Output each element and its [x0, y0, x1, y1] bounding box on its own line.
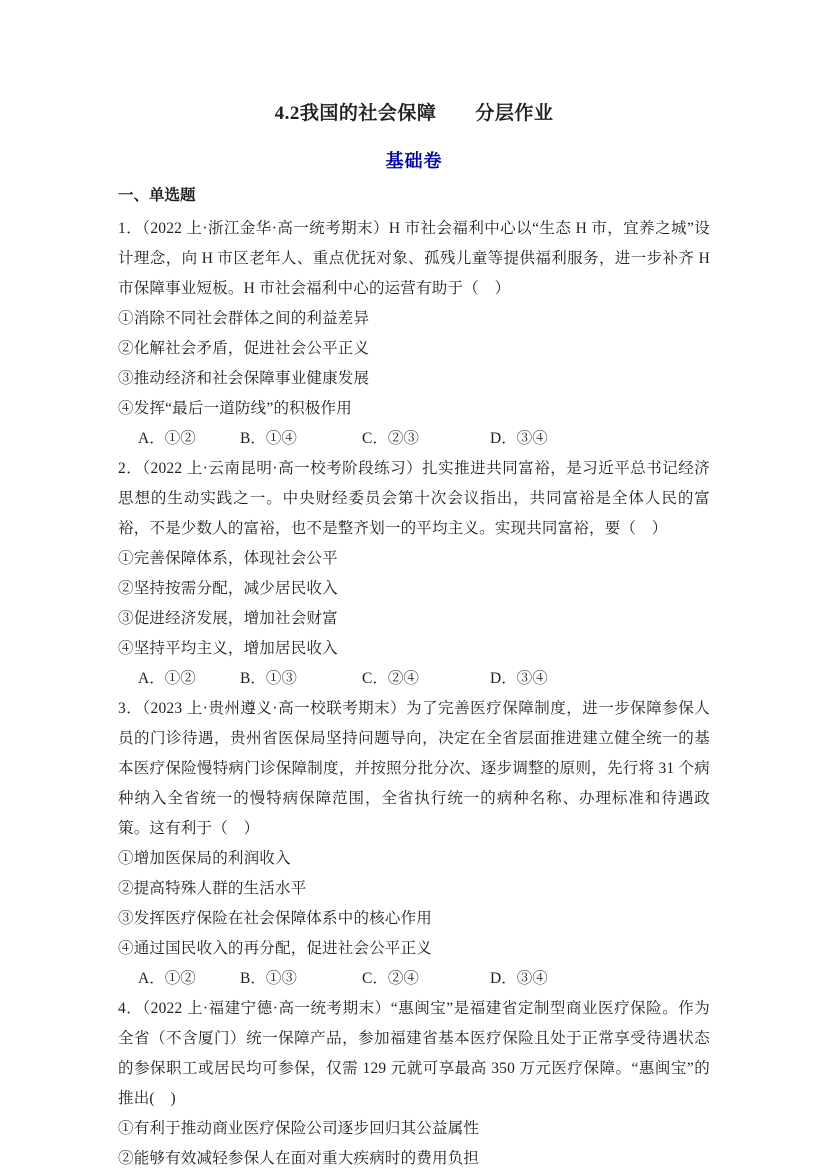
question-3-choice-row: A．①②B．①③C．②④D．③④	[118, 964, 710, 994]
worksheet-page: 4.2我国的社会保障 分层作业 基础卷 一、单选题 1．（2022 上·浙江金华…	[0, 0, 827, 1169]
question-1-choice-a: A．①②	[138, 424, 240, 454]
question-1-stem: 1．（2022 上·浙江金华·高一统考期末）H 市社会福利中心以“生态 H 市，…	[118, 214, 710, 304]
question-2-choice-row: A．①②B．①③C．②④D．③④	[118, 664, 710, 694]
question-1-option-4: ④发挥“最后一道防线”的积极作用	[118, 394, 710, 424]
question-list: 1．（2022 上·浙江金华·高一统考期末）H 市社会福利中心以“生态 H 市，…	[118, 214, 710, 1169]
question-1: 1．（2022 上·浙江金华·高一统考期末）H 市社会福利中心以“生态 H 市，…	[118, 214, 710, 454]
question-2-option-3: ③促进经济发展，增加社会财富	[118, 604, 710, 634]
question-2-option-4: ④坚持平均主义，增加居民收入	[118, 634, 710, 664]
question-2-option-2: ②坚持按需分配，减少居民收入	[118, 574, 710, 604]
question-2-choice-d: D．③④	[490, 664, 548, 694]
question-3-choice-c: C．②④	[362, 964, 490, 994]
question-3-option-4: ④通过国民收入的再分配，促进社会公平正义	[118, 934, 710, 964]
question-2: 2．（2022 上·云南昆明·高一校考阶段练习）扎实推进共同富裕，是习近平总书记…	[118, 454, 710, 694]
question-1-option-2: ②化解社会矛盾，促进社会公平正义	[118, 334, 710, 364]
question-1-choice-row: A．①②B．①④C．②③D．③④	[118, 424, 710, 454]
question-3-choice-d: D．③④	[490, 964, 548, 994]
question-4: 4．（2022 上·福建宁德·高一统考期末）“惠闽宝”是福建省定制型商业医疗保险…	[118, 994, 710, 1169]
question-4-stem: 4．（2022 上·福建宁德·高一统考期末）“惠闽宝”是福建省定制型商业医疗保险…	[118, 994, 710, 1114]
question-2-option-1: ①完善保障体系，体现社会公平	[118, 544, 710, 574]
part-heading: 一、单选题	[118, 182, 710, 209]
page-title: 4.2我国的社会保障 分层作业	[118, 100, 710, 127]
question-3-option-1: ①增加医保局的利润收入	[118, 844, 710, 874]
question-1-choice-d: D．③④	[490, 424, 548, 454]
question-4-option-1: ①有利于推动商业医疗保险公司逐步回归其公益属性	[118, 1114, 710, 1144]
question-3-option-2: ②提高特殊人群的生活水平	[118, 874, 710, 904]
question-2-choice-c: C．②④	[362, 664, 490, 694]
question-4-option-2: ②能够有效减轻参保人在面对重大疾病时的费用负担	[118, 1144, 710, 1169]
question-3-choice-b: B．①③	[240, 964, 362, 994]
question-3: 3．（2023 上·贵州遵义·高一校联考期末）为了完善医疗保障制度，进一步保障参…	[118, 694, 710, 994]
question-3-choice-a: A．①②	[138, 964, 240, 994]
question-2-choice-b: B．①③	[240, 664, 362, 694]
question-1-option-3: ③推动经济和社会保障事业健康发展	[118, 364, 710, 394]
question-2-stem: 2．（2022 上·云南昆明·高一校考阶段练习）扎实推进共同富裕，是习近平总书记…	[118, 454, 710, 544]
question-1-choice-b: B．①④	[240, 424, 362, 454]
question-1-choice-c: C．②③	[362, 424, 490, 454]
question-3-option-3: ③发挥医疗保险在社会保障体系中的核心作用	[118, 904, 710, 934]
question-3-stem: 3．（2023 上·贵州遵义·高一校联考期末）为了完善医疗保障制度，进一步保障参…	[118, 694, 710, 844]
section-label: 基础卷	[118, 148, 710, 175]
question-1-option-1: ①消除不同社会群体之间的利益差异	[118, 304, 710, 334]
question-2-choice-a: A．①②	[138, 664, 240, 694]
